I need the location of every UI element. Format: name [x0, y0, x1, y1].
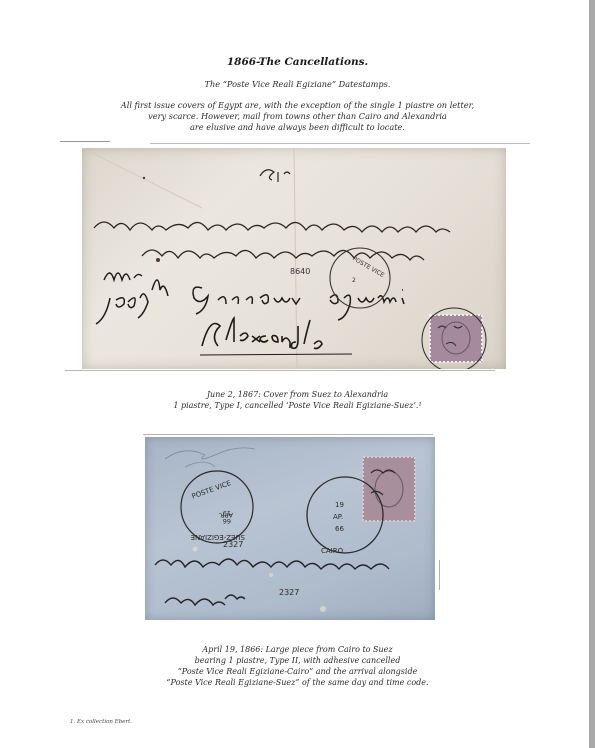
scan-edge: [150, 143, 530, 144]
caption-line: June 2, 1867: Cover from Suez to Alexand…: [0, 389, 595, 400]
caption-line: April 19, 1866: Large piece from Cairo t…: [0, 644, 595, 655]
caption-line: “Poste Vice Reali Egiziane-Suez” of the …: [0, 677, 595, 688]
caption-line: “Poste Vice Reali Egiziane-Cairo” and th…: [0, 666, 595, 677]
intro-paragraph: All first issue covers of Egypt are, wit…: [60, 100, 535, 133]
page-edge-shadow: [589, 0, 595, 748]
svg-text:CAIRO: CAIRO: [321, 547, 344, 555]
svg-text:AP.: AP.: [333, 513, 343, 521]
piece-2-caption: April 19, 1866: Large piece from Cairo t…: [0, 644, 595, 688]
svg-text:8640: 8640: [290, 267, 310, 276]
intro-line: are elusive and have always been difficu…: [60, 122, 535, 133]
svg-text:2: 2: [352, 277, 356, 284]
intro-line: very scarce. However, mail from towns ot…: [60, 111, 535, 122]
piece-cairo-to-suez-image: POSTE VICE 19 APR. 66 SUEZ-EGIZIANE 19 A…: [145, 437, 435, 620]
scan-edge: [65, 370, 495, 371]
scan-edge: [60, 141, 110, 142]
svg-text:POSTE VICE: POSTE VICE: [351, 255, 385, 279]
caption-line: 1 piastre, Type I, cancelled ‘Poste Vice…: [0, 400, 595, 411]
svg-text:POSTE VICE: POSTE VICE: [191, 479, 233, 501]
cover-suez-to-alexandria-image: 8640 POSTE VICE 2: [82, 148, 506, 369]
svg-text:66: 66: [223, 517, 231, 525]
footnote: 1. Ex collection Ebert.: [70, 719, 132, 725]
intro-line: All first issue covers of Egypt are, wit…: [60, 100, 535, 111]
scan-edge: [143, 434, 433, 435]
cover-illustration: 8640 POSTE VICE 2: [82, 148, 506, 369]
piece-illustration: POSTE VICE 19 APR. 66 SUEZ-EGIZIANE 19 A…: [145, 437, 435, 620]
page-title: 1866-The Cancellations.: [0, 56, 595, 68]
caption-line: bearing 1 piastre, Type II, with adhesiv…: [0, 655, 595, 666]
page-subtitle: The “Poste Vice Reali Egiziane” Datestam…: [0, 79, 595, 89]
svg-text:2327: 2327: [279, 588, 299, 597]
svg-text:66: 66: [335, 525, 344, 533]
cover-1-caption: June 2, 1867: Cover from Suez to Alexand…: [0, 389, 595, 411]
svg-text:19: 19: [335, 501, 344, 509]
scan-edge: [439, 560, 440, 590]
svg-text:2327: 2327: [223, 540, 243, 549]
